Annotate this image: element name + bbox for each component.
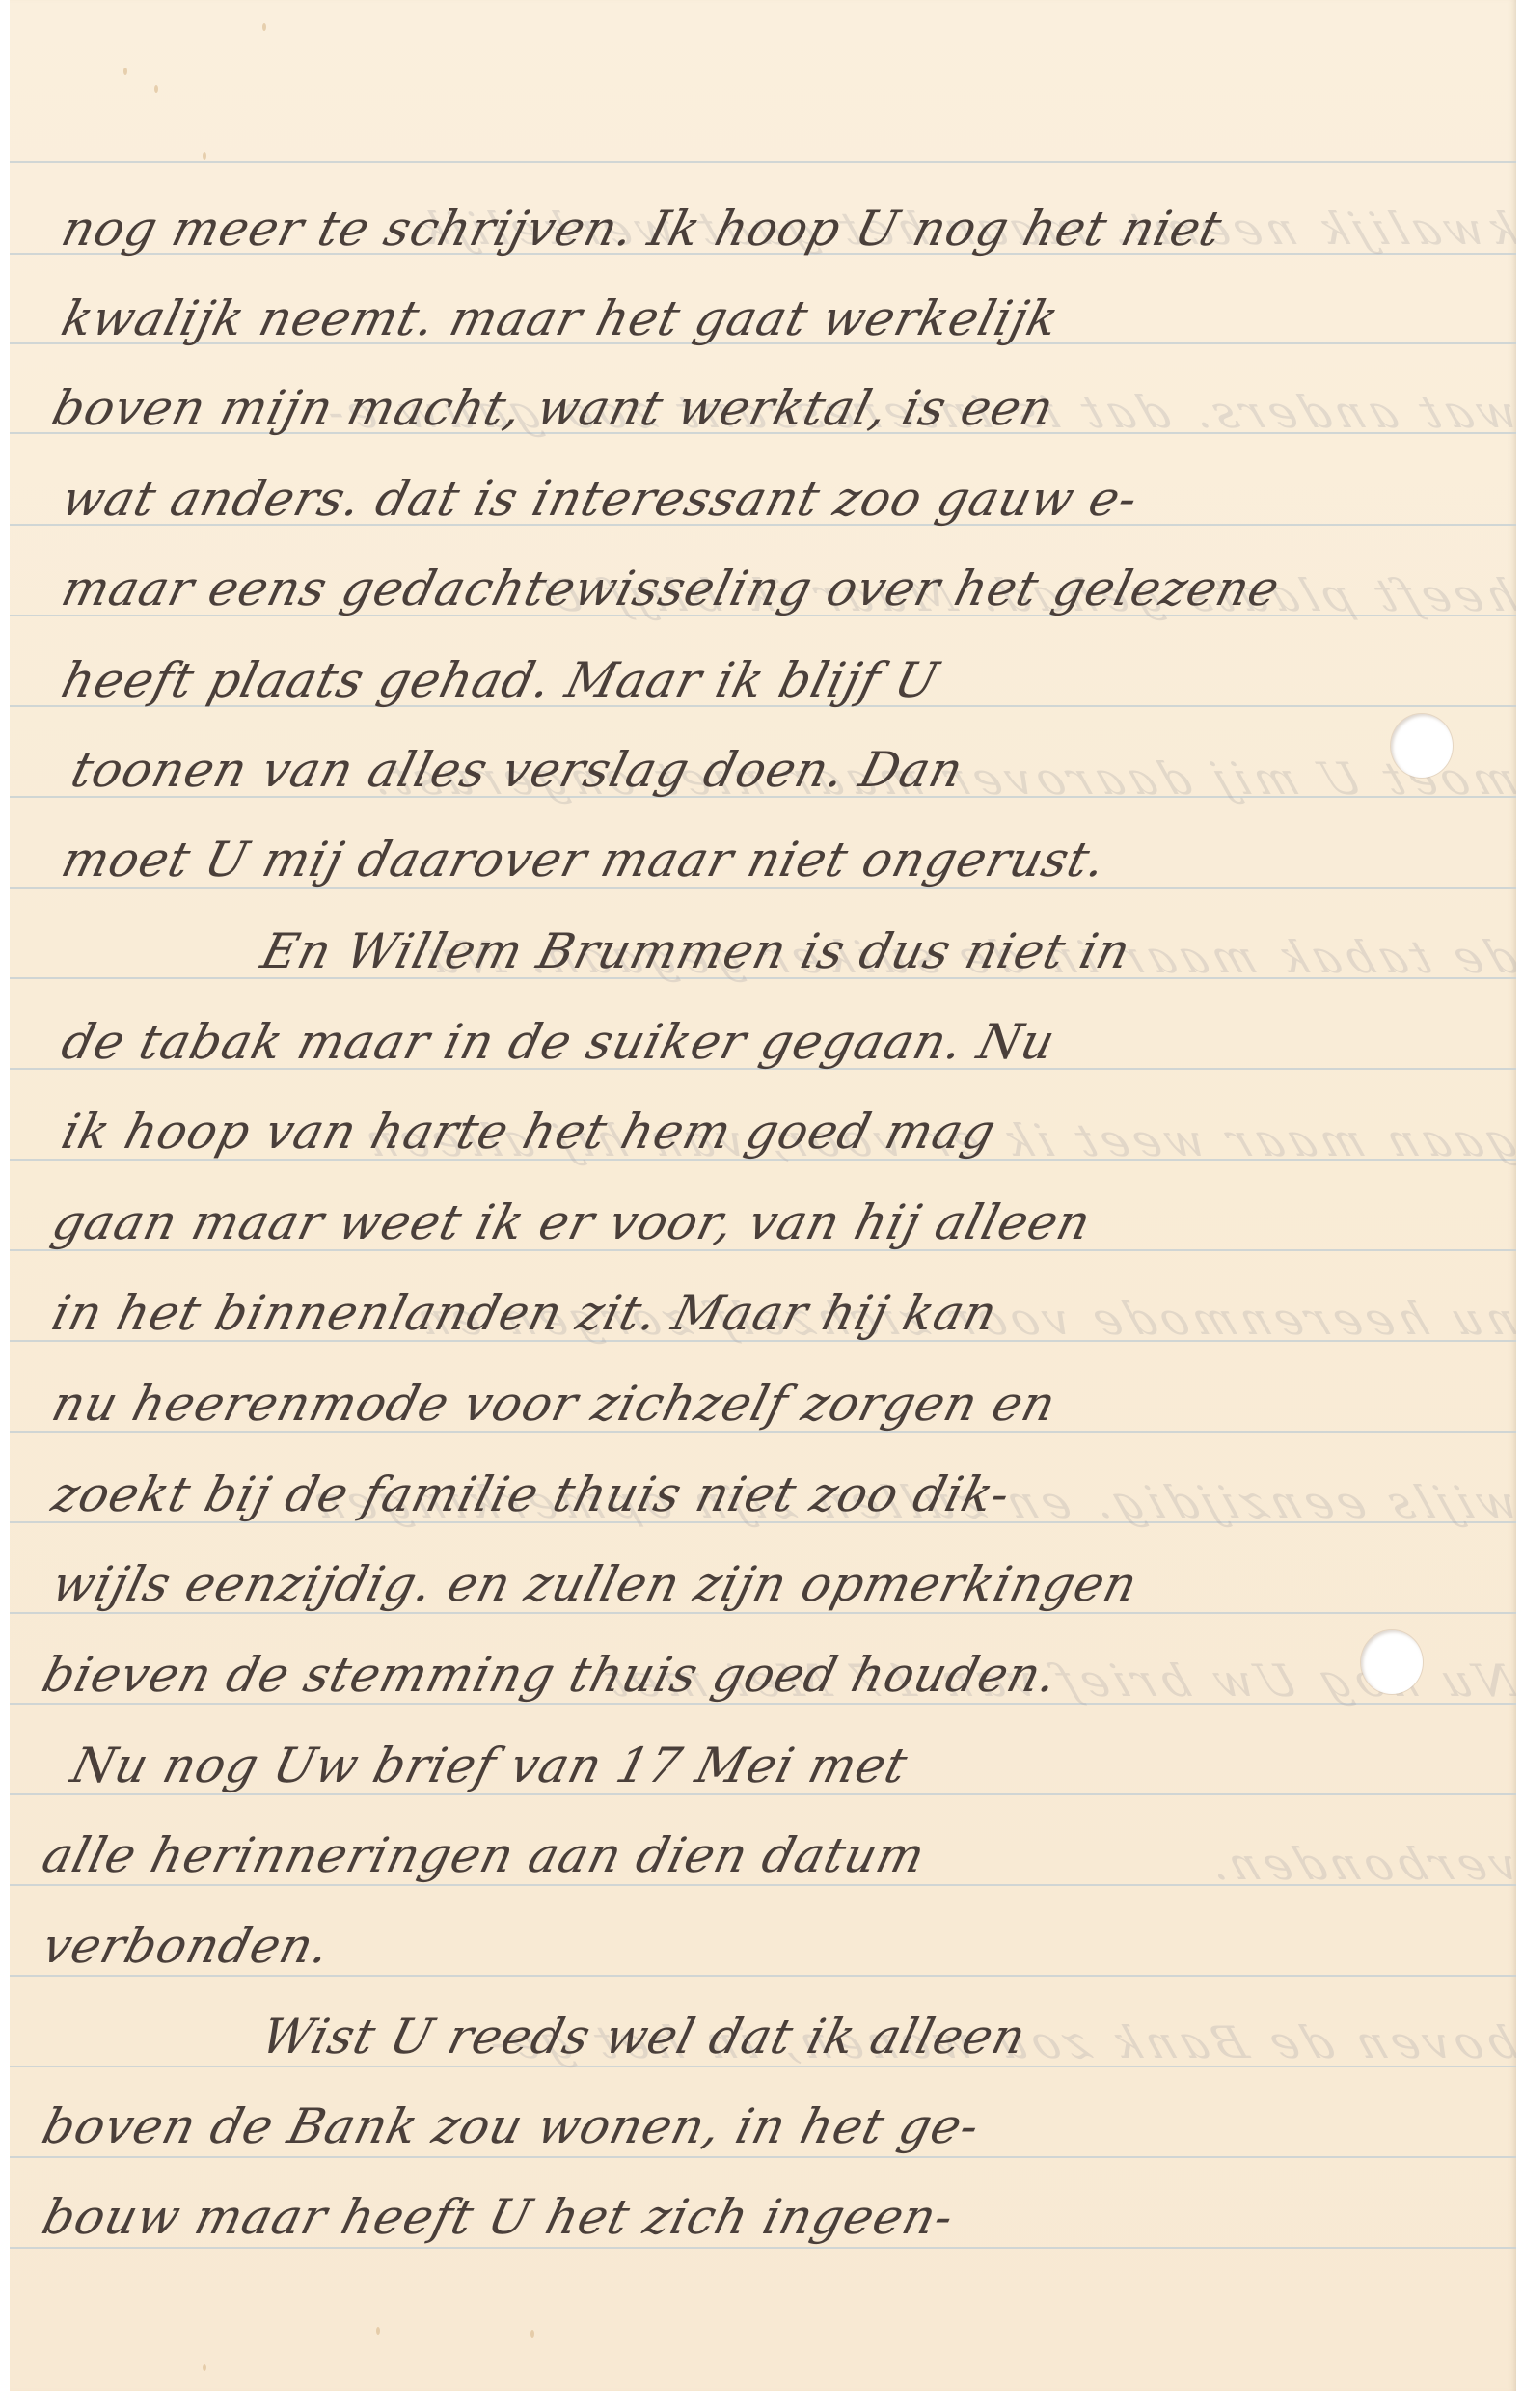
text-line: Wist U reeds wel dat ik alleen bbox=[256, 2008, 1032, 2066]
text-line: bouw maar heeft U het zich ingeen- bbox=[37, 2188, 960, 2246]
foxing-spot bbox=[123, 68, 127, 75]
foxing-spot bbox=[203, 2364, 206, 2371]
ruled-line bbox=[10, 1884, 1516, 1886]
text-line: wat anders. dat is interessant zoo gauw … bbox=[56, 470, 1144, 528]
text-line: moet U mij daarover maar niet ongerust. bbox=[56, 831, 1112, 889]
text-line: nu heerenmode voor zichzelf zorgen en bbox=[46, 1375, 1062, 1433]
text-line: kwalijk neemt. maar het gaat werkelijk bbox=[56, 289, 1065, 347]
ruled-line bbox=[10, 1975, 1516, 1977]
text-line: toonen van alles verslag doen. Dan bbox=[66, 741, 969, 799]
text-line: zoekt bij de familie thuis niet zoo dik- bbox=[46, 1465, 1017, 1523]
text-line: bieven de stemming thuis goed houden. bbox=[37, 1646, 1064, 1704]
text-line: maar eens gedachtewisseling over het gel… bbox=[56, 560, 1286, 617]
text-line: in het binnenlanden zit. Maar hij kan bbox=[46, 1284, 1003, 1342]
ruled-line bbox=[10, 2066, 1516, 2067]
text-line: heeft plaats gehad. Maar ik blijf U bbox=[56, 651, 944, 709]
text-line: ik hoop van harte het hem goed mag bbox=[56, 1103, 1002, 1161]
foxing-spot bbox=[203, 152, 206, 160]
text-line: de tabak maar in de suiker gegaan. Nu bbox=[56, 1013, 1061, 1071]
foxing-spot bbox=[376, 2327, 380, 2335]
text-line: Nu nog Uw brief van 17 Mei met bbox=[66, 1737, 913, 1794]
text-line: En Willem Brummen is dus niet in bbox=[256, 922, 1137, 980]
text-line: gaan maar weet ik er voor, van hij allee… bbox=[46, 1193, 1098, 1251]
foxing-spot bbox=[262, 23, 266, 31]
text-line: verbonden. bbox=[37, 1917, 337, 1975]
text-line: nog meer te schrijven. Ik hoop U nog het… bbox=[56, 200, 1228, 258]
punch-hole bbox=[1361, 1630, 1423, 1694]
text-line: boven de Bank zou wonen, in het ge- bbox=[37, 2097, 986, 2155]
text-line: alle herinneringen aan dien datum bbox=[37, 1826, 932, 1884]
ruled-line bbox=[10, 2247, 1516, 2249]
text-line: wijls eenzijdig. en zullen zijn opmerkin… bbox=[46, 1555, 1144, 1613]
ruled-line bbox=[10, 161, 1516, 163]
text-line: boven mijn macht, want werktal, is een bbox=[46, 379, 1060, 437]
foxing-spot bbox=[530, 2330, 534, 2338]
letter-page: kwalijk neemt. maar het gaat werkelijk w… bbox=[10, 0, 1516, 2391]
ruled-line bbox=[10, 2156, 1516, 2158]
foxing-spot bbox=[154, 85, 158, 93]
punch-hole bbox=[1391, 714, 1453, 778]
